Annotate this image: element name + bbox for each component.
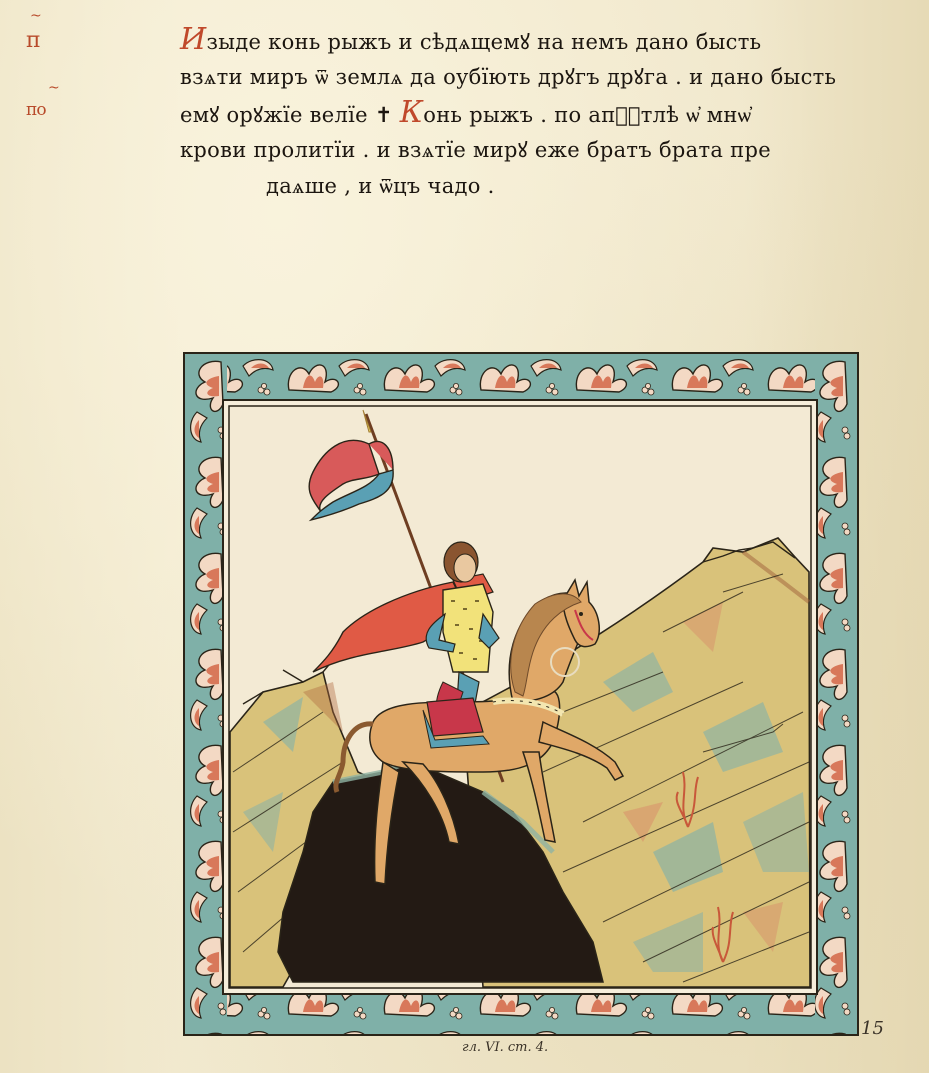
text-line-body: зыде конь рыжъ и сѣдѧщемꙋ на немъ дано б… bbox=[206, 30, 761, 54]
text-line-4: крови пролитїи . и взѧтїе мирꙋ еже братъ… bbox=[180, 132, 880, 169]
manuscript-page: ~ п ~ по Изыде конь рыжъ и сѣдѧщемꙋ на н… bbox=[0, 0, 929, 1073]
text-line-3: емꙋ орꙋжїе велїе ✝ Конь рыжъ . по апⷭ҇тл… bbox=[180, 95, 880, 132]
chapter-verse-reference: гл. VI. ст. 4. bbox=[462, 1040, 548, 1055]
scripture-text: Изыде конь рыжъ и сѣдѧщемꙋ на немъ дано … bbox=[180, 22, 880, 205]
text-line-body: даѧше , и ѿцъ чадо . bbox=[266, 174, 495, 198]
margin-note-numeral: по bbox=[26, 100, 46, 120]
text-line-body: крови пролитїи . и взѧтїе мирꙋ еже братъ… bbox=[180, 138, 771, 162]
text-line-2: взѧти миръ ѿ землѧ да оубїють дрꙋгъ дрꙋг… bbox=[180, 59, 880, 96]
titlo-mark: ~ bbox=[30, 8, 42, 24]
text-line-body: взѧти миръ ѿ землѧ да оубїють дрꙋгъ дрꙋг… bbox=[180, 65, 836, 89]
margin-note-letter: п bbox=[26, 28, 41, 53]
text-line-tail: онь рыжъ . по апⷭ҇тлѣ ѡ҆ мнѡ҆ bbox=[423, 103, 751, 127]
miniature-illustration bbox=[183, 352, 859, 1036]
rubric-initial: И bbox=[180, 22, 206, 57]
text-line-5: даѧше , и ѿцъ чадо . bbox=[180, 168, 880, 205]
rubric-initial: К bbox=[400, 95, 424, 130]
text-line-body: емꙋ орꙋжїе велїе ✝ bbox=[180, 103, 400, 127]
text-line-1: Изыде конь рыжъ и сѣдѧщемꙋ на немъ дано … bbox=[180, 22, 880, 59]
folio-number: 15 bbox=[861, 1018, 884, 1039]
titlo-mark: ~ bbox=[48, 80, 60, 96]
